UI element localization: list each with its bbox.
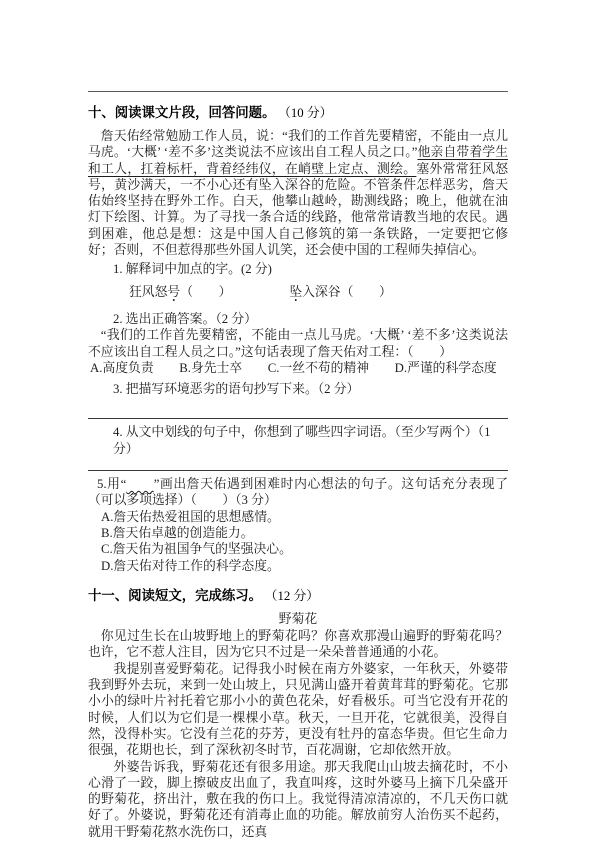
question-5-prefix: 5.用“ — [97, 477, 126, 491]
question-1-label: 1. 解释词中加点的字。(2 分) — [88, 261, 508, 277]
section-10-title: 十、阅读课文片段，回答问题。 — [88, 105, 275, 120]
word1-dotted-char: 号 — [167, 284, 180, 300]
passage-zhantianyou: 詹天佑经常勉励工作人员，说：“我们的工作首先要精密，不能由一点儿马虎。‘大概’ … — [88, 128, 508, 258]
word-kuangfengnuhao: 狂风怒号（ ） — [129, 285, 231, 299]
story-paragraph-2: 我提别喜爱野菊花。记得我小时候在南方外婆家，一年秋天，外婆带我到野外去玩，来到一… — [88, 661, 508, 759]
question-1-words: 狂风怒号（ ）坠入深谷（ ） — [88, 284, 508, 300]
word-zhuirushengu: 坠入深谷（ ） — [289, 285, 391, 299]
word2-answer-blank: （ ） — [341, 285, 392, 299]
story-title: 野菊花 — [88, 611, 508, 627]
word1-plain: 狂风怒 — [129, 285, 167, 299]
question-5-option-d: D.詹天佑对待工作的科学态度。 — [88, 558, 508, 574]
section-10-heading: 十、阅读课文片段，回答问题。（10 分） — [88, 104, 508, 122]
question-5-option-b: B.詹天佑卓越的创造能力。 — [88, 525, 508, 541]
question-5-stem: 5.用“ ”画出詹天佑遇到困难时内心想法的句子。这句话充分表现了（可以多项选择）… — [88, 476, 508, 509]
question-2-stem: “我们的工作首先要精密，不能由一点儿马虎。‘大概’ ‘差不多’这类说法不应该出自… — [88, 327, 508, 360]
wavy-line-blank — [126, 477, 153, 491]
section-10-score: （10 分） — [284, 106, 332, 120]
question-5-option-a: A.詹天佑热爱祖国的思想感情。 — [88, 509, 508, 525]
word1-answer-blank: （ ） — [180, 285, 231, 299]
section-10-reading-passage: 十、阅读课文片段，回答问题。（10 分） 詹天佑经常勉励工作人员，说：“我们的工… — [88, 104, 508, 574]
section-11-reading-story: 十一、阅读短文，完成练习。（12 分） 野菊花 你见过生长在山坡野地上的野菊花吗… — [88, 587, 508, 840]
word2-dotted-char: 坠 — [289, 284, 302, 300]
exam-page: 十、阅读课文片段，回答问题。（10 分） 詹天佑经常勉励工作人员，说：“我们的工… — [0, 0, 596, 840]
question-4-answer-line — [88, 457, 508, 471]
question-4-label: 4. 从文中划线的句子中，你想到了哪些四字词语。（至少写两个）（1 分） — [88, 424, 508, 457]
question-3-answer-line — [88, 397, 508, 419]
question-3-label: 3. 把描写环境恶劣的语句抄写下来。（2 分） — [88, 381, 508, 397]
story-paragraph-1: 你见过生长在山坡野地上的野菊花吗？你喜欢那漫山遍野的野菊花吗？也许，它不惹人注目… — [88, 628, 508, 661]
word2-plain: 入深谷 — [302, 285, 340, 299]
question-5-option-c: C.詹天佑为祖国争气的坚强决心。 — [88, 541, 508, 557]
section-11-heading: 十一、阅读短文，完成练习。（12 分） — [88, 587, 508, 605]
story-paragraph-3: 外婆告诉我，野菊花还有很多用途。那天我爬山山坡去摘花时，不小心滑了一跤，脚上擦破… — [88, 759, 508, 840]
top-divider — [88, 91, 508, 92]
question-2-label: 2. 选出正确答案。（2 分） — [88, 311, 508, 327]
section-11-title: 十一、阅读短文，完成练习。 — [88, 588, 262, 603]
section-11-score: （12 分） — [271, 589, 319, 603]
question-2-options: A.高度负责 B.身先士卒 C.一丝不苟的精神 D.严谨的科学态度 — [88, 360, 508, 376]
